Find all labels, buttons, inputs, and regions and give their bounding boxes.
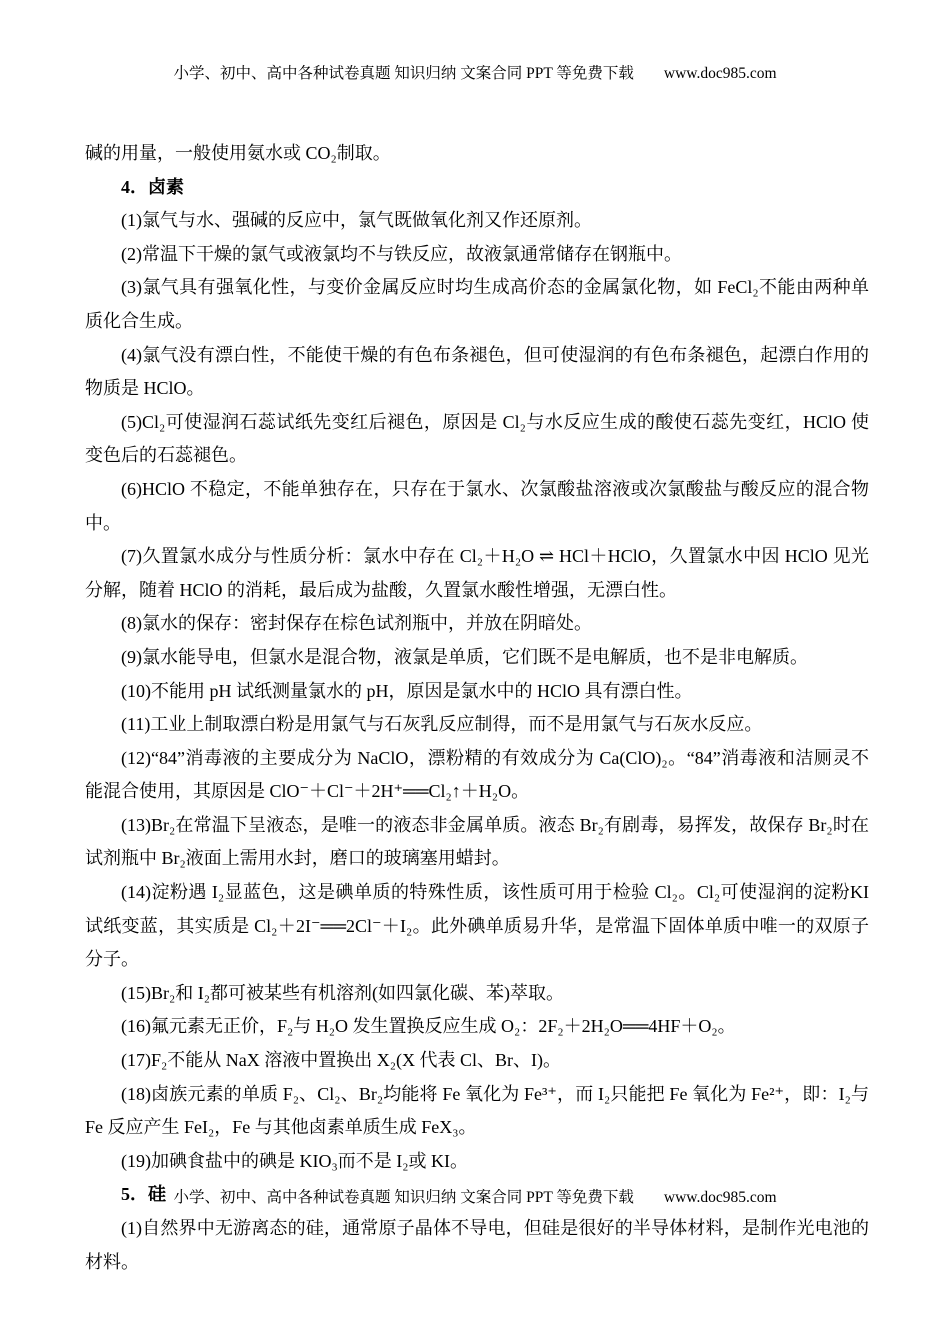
halogen-note-19: (19)加碘食盐中的碘是 KIO₃而不是 I₂或 KI。 bbox=[85, 1145, 869, 1179]
document-body: 碱的用量，一般使用氨水或 CO₂制取。 4．卤素 (1)氯气与水、强碱的反应中，… bbox=[85, 137, 869, 1279]
halogen-note-14: (14)淀粉遇 I₂显蓝色，这是碘单质的特殊性质，该性质可用于检验 Cl₂。Cl… bbox=[85, 876, 869, 977]
footer-site-url[interactable]: www.doc985.com bbox=[664, 1188, 777, 1208]
silicon-note-1: (1)自然界中无游离态的硅，通常原子晶体不导电，但硅是很好的半导体材料，是制作光… bbox=[85, 1212, 869, 1279]
header-promo-text: 小学、初中、高中各种试卷真题 知识归纳 文案合同 PPT 等免费下载 bbox=[173, 65, 633, 82]
section-heading-4-halogens: 4．卤素 bbox=[85, 171, 869, 205]
halogen-note-16: (16)氟元素无正价，F₂与 H₂O 发生置换反应生成 O₂：2F₂＋2H₂O═… bbox=[85, 1010, 869, 1044]
halogen-note-18: (18)卤族元素的单质 F₂、Cl₂、Br₂均能将 Fe 氧化为 Fe³⁺，而 … bbox=[85, 1078, 869, 1145]
halogen-note-7: (7)久置氯水成分与性质分析：氯水中存在 Cl₂＋H₂O ⇌ HCl＋HClO，… bbox=[85, 540, 869, 607]
halogen-note-17: (17)F₂不能从 NaX 溶液中置换出 X₂(X 代表 Cl、Br、I)。 bbox=[85, 1044, 869, 1078]
halogen-note-5: (5)Cl₂可使湿润石蕊试纸先变红后褪色，原因是 Cl₂与水反应生成的酸使石蕊先… bbox=[85, 406, 869, 473]
halogen-note-11: (11)工业上制取漂白粉是用氯气与石灰乳反应制得，而不是用氯气与石灰水反应。 bbox=[85, 708, 869, 742]
halogen-note-3: (3)氯气具有强氧化性，与变价金属反应时均生成高价态的金属氯化物，如 FeCl₂… bbox=[85, 271, 869, 338]
halogen-note-4: (4)氯气没有漂白性，不能使干燥的有色布条褪色，但可使湿润的有色布条褪色，起漂白… bbox=[85, 339, 869, 406]
paragraph-continuation: 碱的用量，一般使用氨水或 CO₂制取。 bbox=[85, 137, 869, 171]
halogen-note-15: (15)Br₂和 I₂都可被某些有机溶剂(如四氯化碳、苯)萃取。 bbox=[85, 977, 869, 1011]
halogen-note-9: (9)氯水能导电，但氯水是混合物，液氯是单质，它们既不是电解质，也不是非电解质。 bbox=[85, 641, 869, 675]
halogen-note-10: (10)不能用 pH 试纸测量氯水的 pH，原因是氯水中的 HClO 具有漂白性… bbox=[85, 675, 869, 709]
halogen-note-6: (6)HClO 不稳定，不能单独存在，只存在于氯水、次氯酸盐溶液或次氯酸盐与酸反… bbox=[85, 473, 869, 540]
halogen-note-12: (12)“84”消毒液的主要成分为 NaClO，漂粉精的有效成分为 Ca(ClO… bbox=[85, 742, 869, 809]
page-header: 小学、初中、高中各种试卷真题 知识归纳 文案合同 PPT 等免费下载www.do… bbox=[0, 64, 950, 84]
header-site-url[interactable]: www.doc985.com bbox=[664, 64, 777, 84]
halogen-note-8: (8)氯水的保存：密封保存在棕色试剂瓶中，并放在阴暗处。 bbox=[85, 607, 869, 641]
halogen-note-2: (2)常温下干燥的氯气或液氯均不与铁反应，故液氯通常储存在钢瓶中。 bbox=[85, 238, 869, 272]
page-footer: 小学、初中、高中各种试卷真题 知识归纳 文案合同 PPT 等免费下载www.do… bbox=[0, 1188, 950, 1208]
halogen-note-13: (13)Br₂在常温下呈液态，是唯一的液态非金属单质。液态 Br₂有剧毒，易挥发… bbox=[85, 809, 869, 876]
footer-promo-text: 小学、初中、高中各种试卷真题 知识归纳 文案合同 PPT 等免费下载 bbox=[173, 1189, 633, 1206]
halogen-note-1: (1)氯气与水、强碱的反应中，氯气既做氧化剂又作还原剂。 bbox=[85, 204, 869, 238]
document-page: 小学、初中、高中各种试卷真题 知识归纳 文案合同 PPT 等免费下载www.do… bbox=[0, 0, 950, 1344]
